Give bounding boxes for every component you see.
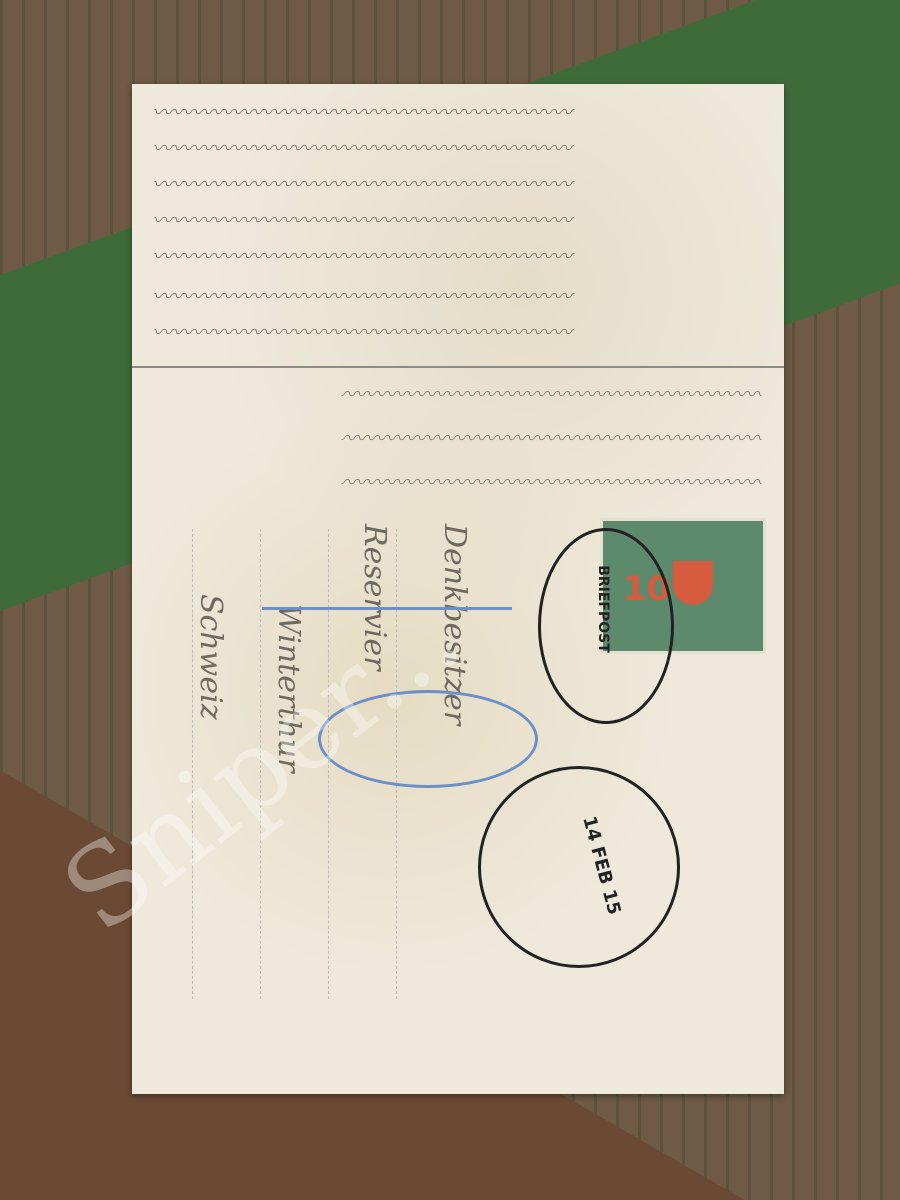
handwriting-line: 〰〰〰〰〰〰〰〰〰〰〰〰〰〰〰〰〰〰〰〰〰 — [152, 468, 764, 497]
handwriting-line: 〰〰〰〰〰〰〰〰〰〰〰〰〰〰〰〰〰〰〰〰〰 — [152, 380, 764, 409]
handwriting-line: 〰〰〰〰〰〰〰〰〰〰〰〰〰〰〰〰〰〰〰〰〰 — [152, 316, 764, 345]
handwriting-line: 〰〰〰〰〰〰〰〰〰〰〰〰〰〰〰〰〰〰〰〰〰 — [152, 168, 764, 197]
address-line-1: Schweiz — [193, 594, 228, 720]
feldpost-postmark: 14 FEB 15 — [478, 766, 680, 968]
divider — [132, 366, 784, 368]
handwriting-line: 〰〰〰〰〰〰〰〰〰〰〰〰〰〰〰〰〰〰〰〰〰 — [152, 424, 764, 453]
handwriting-line: 〰〰〰〰〰〰〰〰〰〰〰〰〰〰〰〰〰〰〰〰〰 — [152, 132, 764, 161]
briefpost-postmark: BRIEFPOST — [538, 528, 674, 724]
swiss-cross-icon — [673, 561, 713, 605]
handwriting-line: 〰〰〰〰〰〰〰〰〰〰〰〰〰〰〰〰〰〰〰〰〰 — [152, 204, 764, 233]
handwriting-line: 〰〰〰〰〰〰〰〰〰〰〰〰〰〰〰〰〰〰〰〰〰 — [152, 280, 764, 309]
handwriting-line: 〰〰〰〰〰〰〰〰〰〰〰〰〰〰〰〰〰〰〰〰〰 — [152, 96, 764, 125]
handwriting-line: 〰〰〰〰〰〰〰〰〰〰〰〰〰〰〰〰〰〰〰〰〰 — [152, 240, 764, 269]
